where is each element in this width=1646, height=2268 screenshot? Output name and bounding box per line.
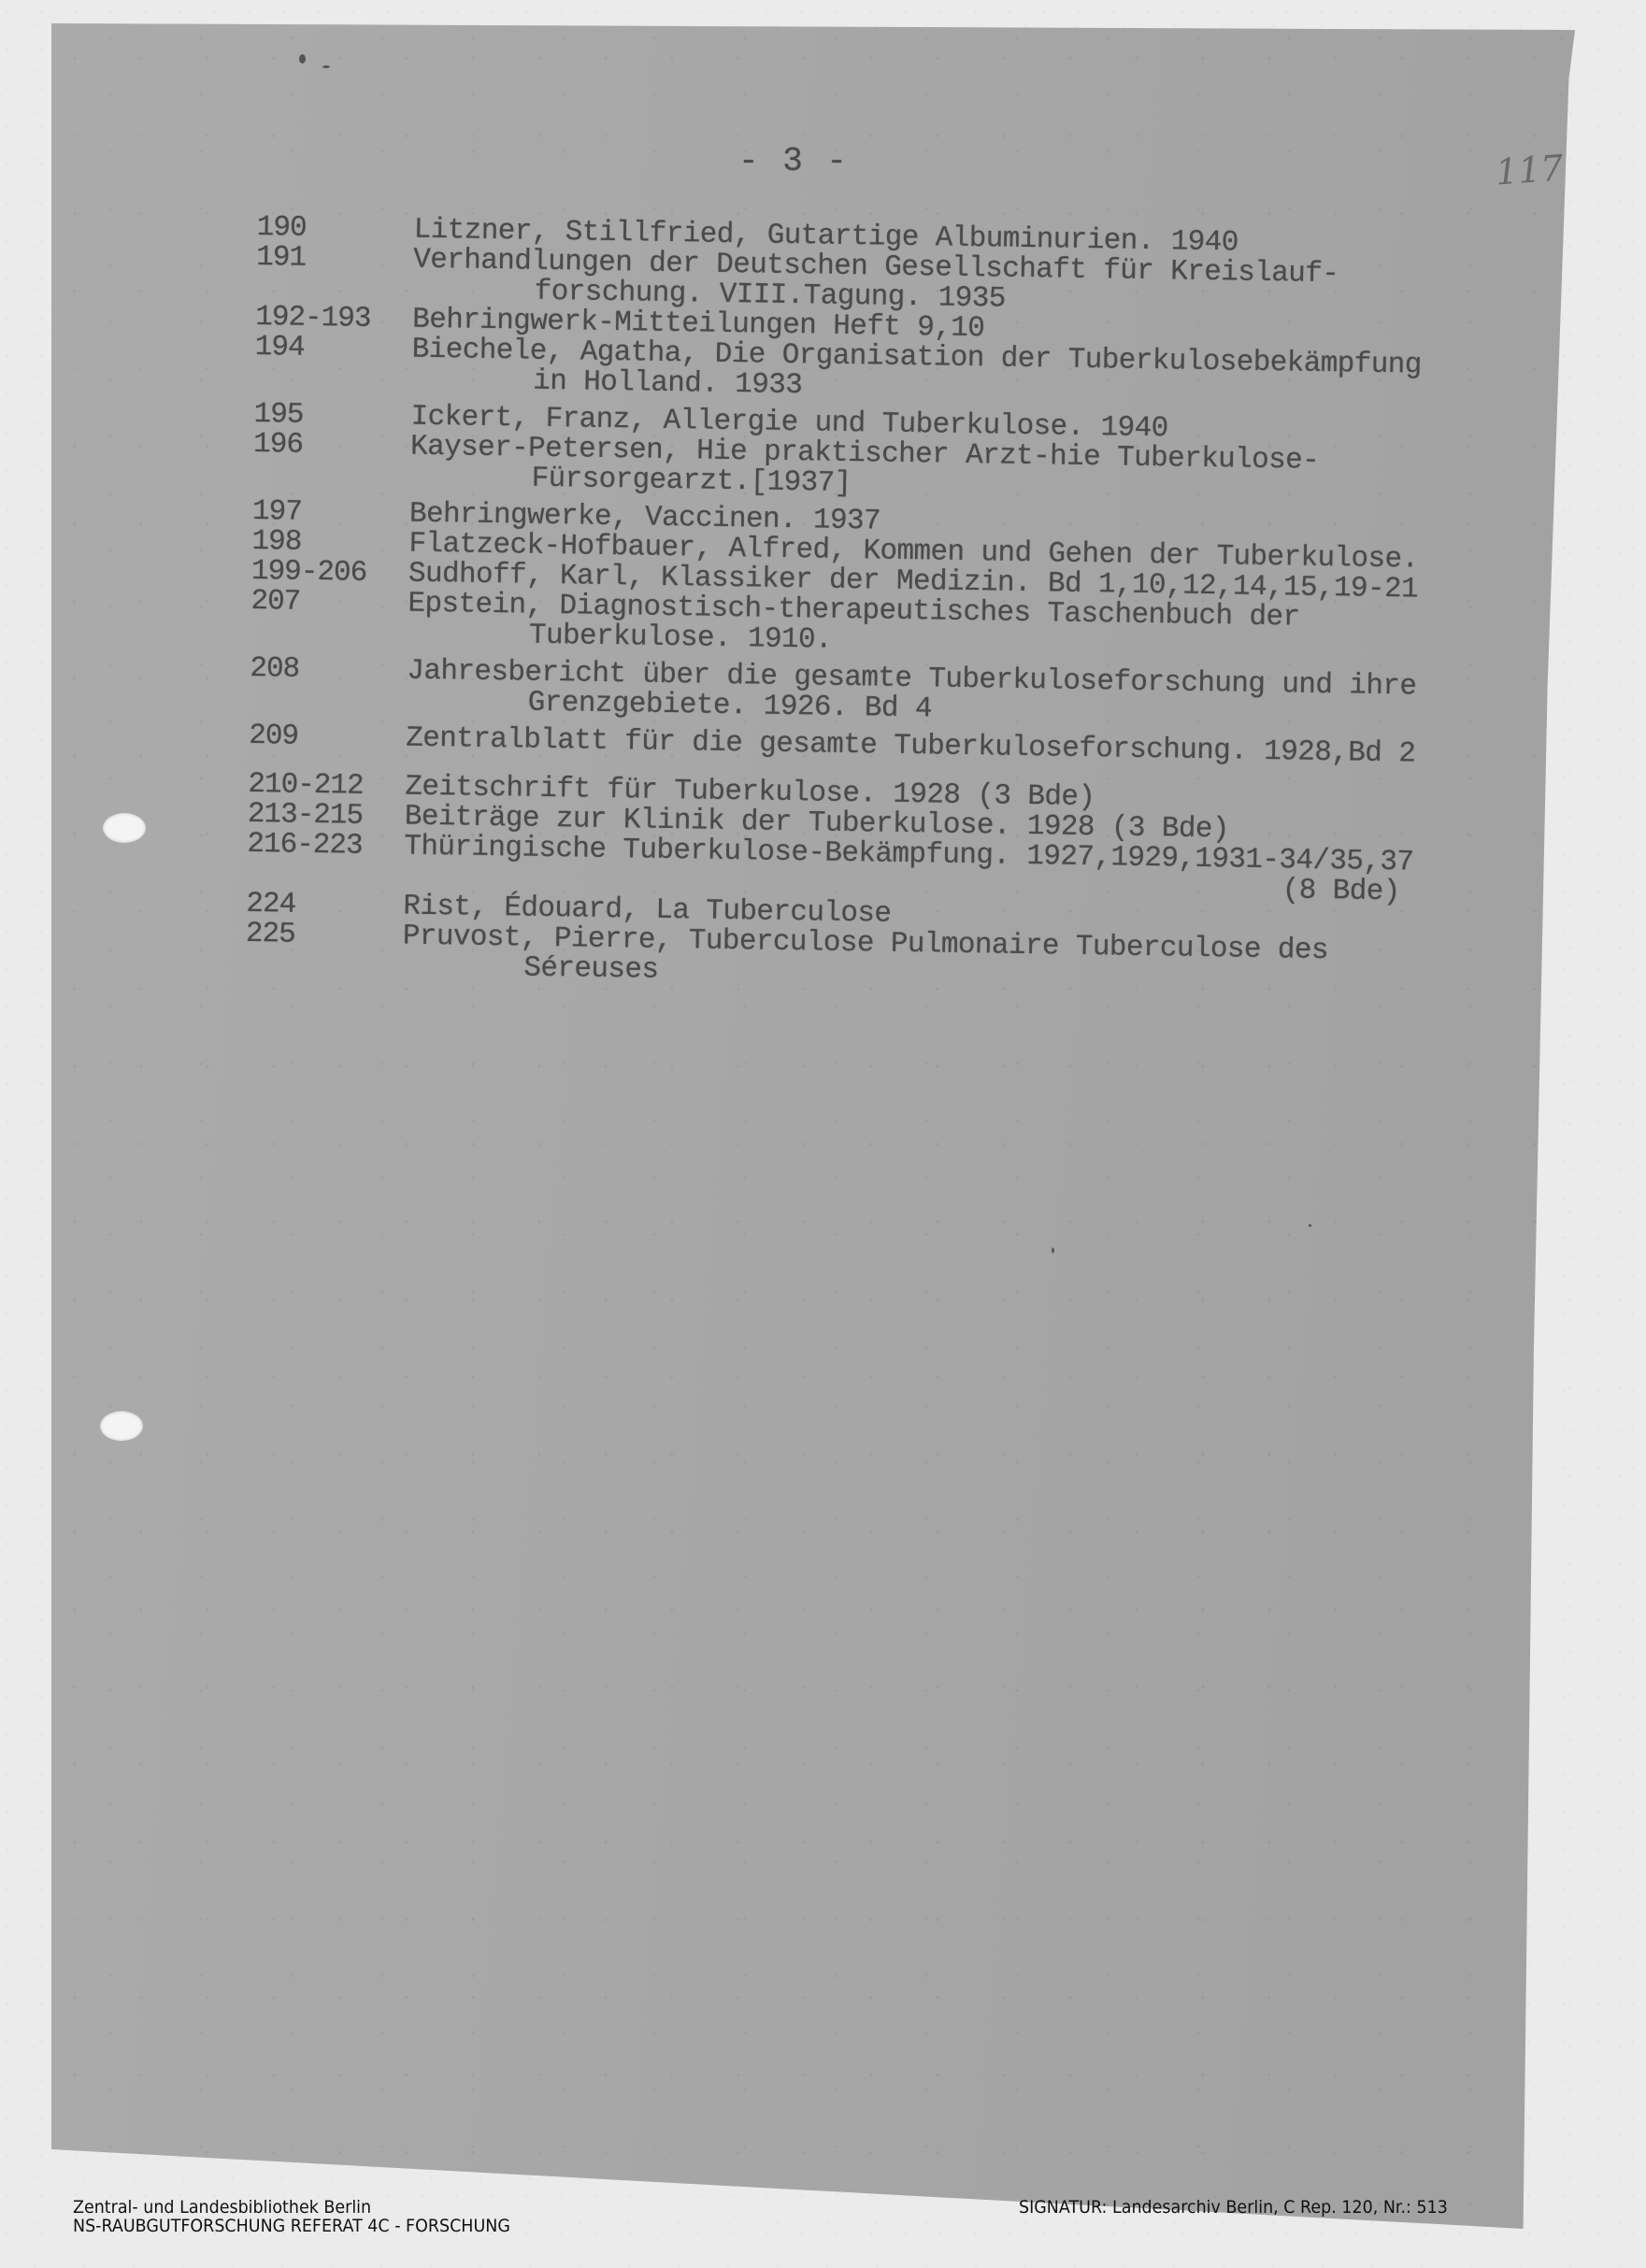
ink-speck (1309, 1224, 1311, 1227)
entry-number: 196 (253, 430, 410, 463)
entry-number: 207 (250, 587, 408, 620)
entry-number-spacer (254, 363, 411, 395)
entry-number: 216-223 (247, 830, 404, 863)
footer-library-name: Zentral- und Landesbibliothek Berlin (73, 2198, 510, 2217)
entry-number-spacer (245, 949, 402, 982)
ink-speck (299, 54, 306, 64)
entry-number-spacer (252, 460, 409, 492)
entry-number: 194 (254, 333, 411, 365)
footer-signature: SIGNATUR: Landesarchiv Berlin, C Rep. 12… (1019, 2198, 1448, 2217)
entry-number: 191 (256, 243, 413, 276)
footer-department: NS-RAUBGUTFORSCHUNG REFERAT 4C - FORSCHU… (73, 2217, 510, 2235)
page-number: - 3 - (738, 142, 849, 180)
entry-number: 208 (250, 654, 407, 687)
catalog-entries: 190 Litzner, Stillfried, Gutartige Album… (245, 213, 1594, 1000)
footer-library: Zentral- und Landesbibliothek Berlin NS-… (73, 2198, 510, 2235)
entry-number: 225 (246, 920, 403, 952)
punch-hole (103, 813, 146, 843)
ink-speck (322, 65, 330, 68)
entry-number-spacer (250, 617, 408, 649)
ink-speck (1052, 1248, 1054, 1253)
entry-number: 209 (249, 721, 406, 754)
footer-signatur: SIGNATUR: Landesarchiv Berlin, C Rep. 12… (1019, 2198, 1448, 2217)
punch-hole (100, 1411, 143, 1441)
handwritten-folio: 117 (1495, 148, 1565, 193)
entry-number-spacer (250, 684, 407, 717)
